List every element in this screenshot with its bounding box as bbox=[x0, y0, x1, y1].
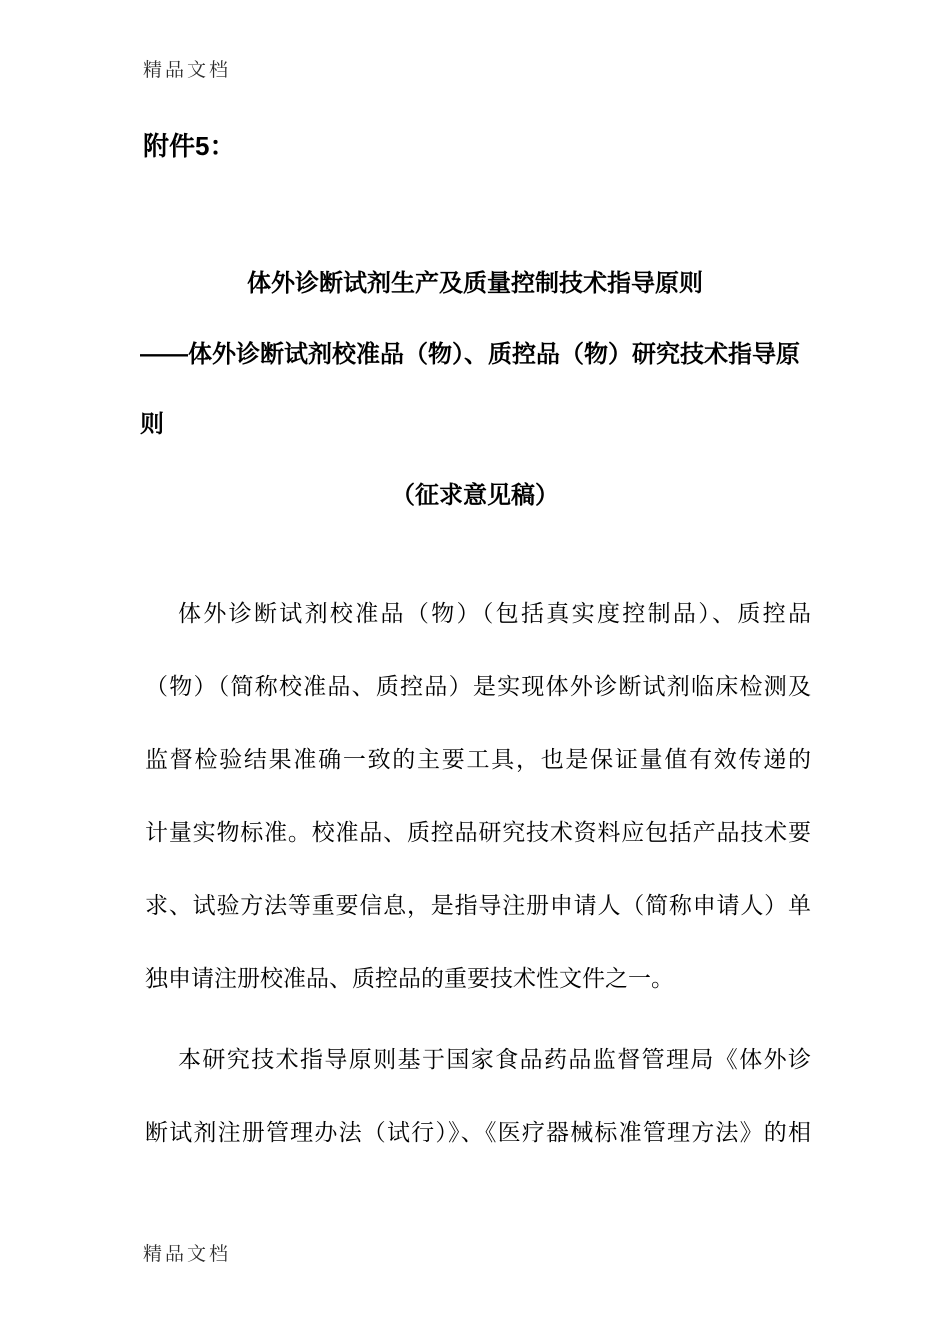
draft-note: （征求意见稿） bbox=[140, 461, 810, 532]
text-line: 求、试验方法等重要信息，是指导注册申请人（简称申请人）单 bbox=[145, 869, 811, 942]
attachment-label: 附件5： bbox=[143, 129, 235, 163]
document-heading: 体外诊断试剂生产及质量控制技术指导原则 ——体外诊断试剂校准品（物）、质控品（物… bbox=[140, 249, 810, 531]
text-line: 监督检验结果准确一致的主要工具，也是保证量值有效传递的 bbox=[145, 723, 811, 796]
text-line: 计量实物标准。校准品、质控品研究技术资料应包括产品技术要 bbox=[145, 796, 811, 869]
document-subtitle-line-2: 则 bbox=[140, 390, 810, 461]
text-line: 独申请注册校准品、质控品的重要技术性文件之一。 bbox=[145, 942, 811, 1015]
document-page: 精品文档 附件5： 体外诊断试剂生产及质量控制技术指导原则 ——体外诊断试剂校准… bbox=[0, 0, 950, 1344]
watermark-header: 精品文档 bbox=[143, 60, 231, 82]
watermark-footer: 精品文档 bbox=[143, 1244, 231, 1266]
text-line: 本研究技术指导原则基于国家食品药品监督管理局《体外诊 bbox=[145, 1023, 811, 1096]
document-body: 体外诊断试剂校准品（物）（包括真实度控制品）、质控品 （物）（简称校准品、质控品… bbox=[145, 577, 811, 1169]
text-line: （物）（简称校准品、质控品）是实现体外诊断试剂临床检测及 bbox=[145, 650, 811, 723]
document-title: 体外诊断试剂生产及质量控制技术指导原则 bbox=[140, 249, 810, 320]
text-line: 体外诊断试剂校准品（物）（包括真实度控制品）、质控品 bbox=[145, 577, 811, 650]
paragraph-2: 本研究技术指导原则基于国家食品药品监督管理局《体外诊 断试剂注册管理办法（试行）… bbox=[145, 1023, 811, 1169]
text-line: 断试剂注册管理办法（试行）》、《医疗器械标准管理方法》的相 bbox=[145, 1096, 811, 1169]
paragraph-1: 体外诊断试剂校准品（物）（包括真实度控制品）、质控品 （物）（简称校准品、质控品… bbox=[145, 577, 811, 1015]
document-subtitle-line-1: ——体外诊断试剂校准品（物）、质控品（物）研究技术指导原 bbox=[140, 320, 810, 391]
